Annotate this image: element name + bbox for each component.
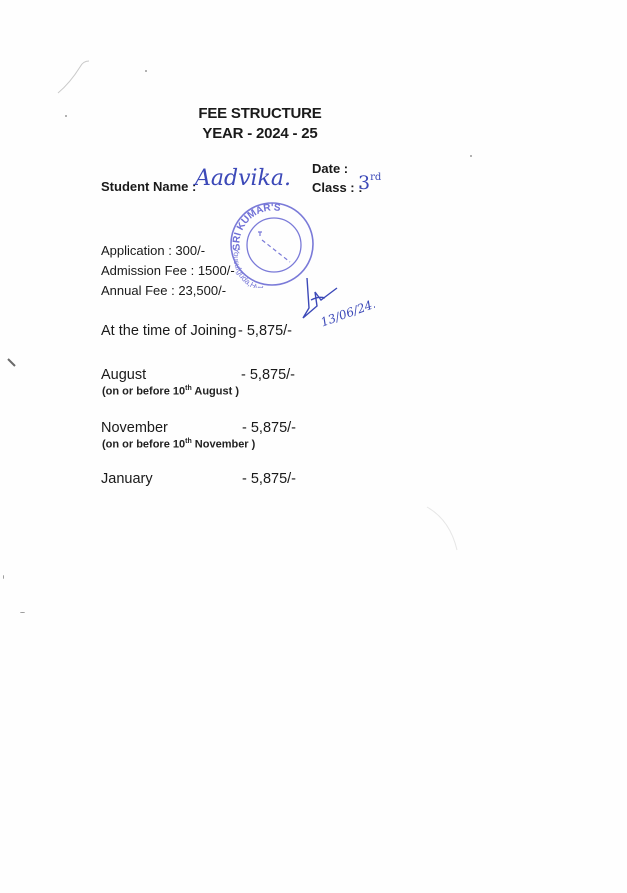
fee-admission: Admission Fee : 1500/- xyxy=(101,263,235,278)
installment-january-amount: - 5,875/- xyxy=(242,471,296,487)
document-title: FEE STRUCTURE xyxy=(160,105,360,122)
scan-speck xyxy=(145,70,147,72)
class-value: 3rd xyxy=(358,172,381,194)
scan-mark-faint-curve xyxy=(425,505,465,555)
scan-speck xyxy=(65,115,67,117)
student-name-value: Aadvika. xyxy=(195,166,291,191)
scan-mark xyxy=(6,357,18,369)
scan-mark-pen-stroke xyxy=(55,55,95,100)
svg-text:SRI KUMAR'S: SRI KUMAR'S xyxy=(231,202,281,250)
scan-speck xyxy=(20,612,25,613)
installment-november-amount: - 5,875/- xyxy=(242,420,296,436)
joining-label: At the time of Joining xyxy=(101,323,236,339)
svg-text:13/06/24.: 13/06/24. xyxy=(319,297,375,330)
installment-november-month: November xyxy=(101,420,168,436)
academic-year: YEAR - 2024 - 25 xyxy=(160,125,360,142)
installment-august-amount: - 5,875/- xyxy=(241,367,295,383)
installment-january-month: January xyxy=(101,471,153,487)
fee-annual: Annual Fee : 23,500/- xyxy=(101,283,226,298)
installment-august-note: (on or before 10th August ) xyxy=(102,385,239,398)
scanned-document-page: FEE STRUCTURE YEAR - 2024 - 25 Student N… xyxy=(0,0,627,893)
joining-amount: - 5,875/- xyxy=(238,323,292,339)
scan-speck xyxy=(470,155,472,157)
signature-with-date: 13/06/24. xyxy=(295,270,375,340)
student-name-label: Student Name : xyxy=(101,179,196,194)
installment-august-month: August xyxy=(101,367,146,383)
class-label: Class : : xyxy=(312,180,363,195)
fee-application: Application : 300/- xyxy=(101,243,205,258)
scan-speck xyxy=(3,575,4,579)
installment-november-note: (on or before 10th November ) xyxy=(102,438,255,451)
date-label: Date : xyxy=(312,161,348,176)
